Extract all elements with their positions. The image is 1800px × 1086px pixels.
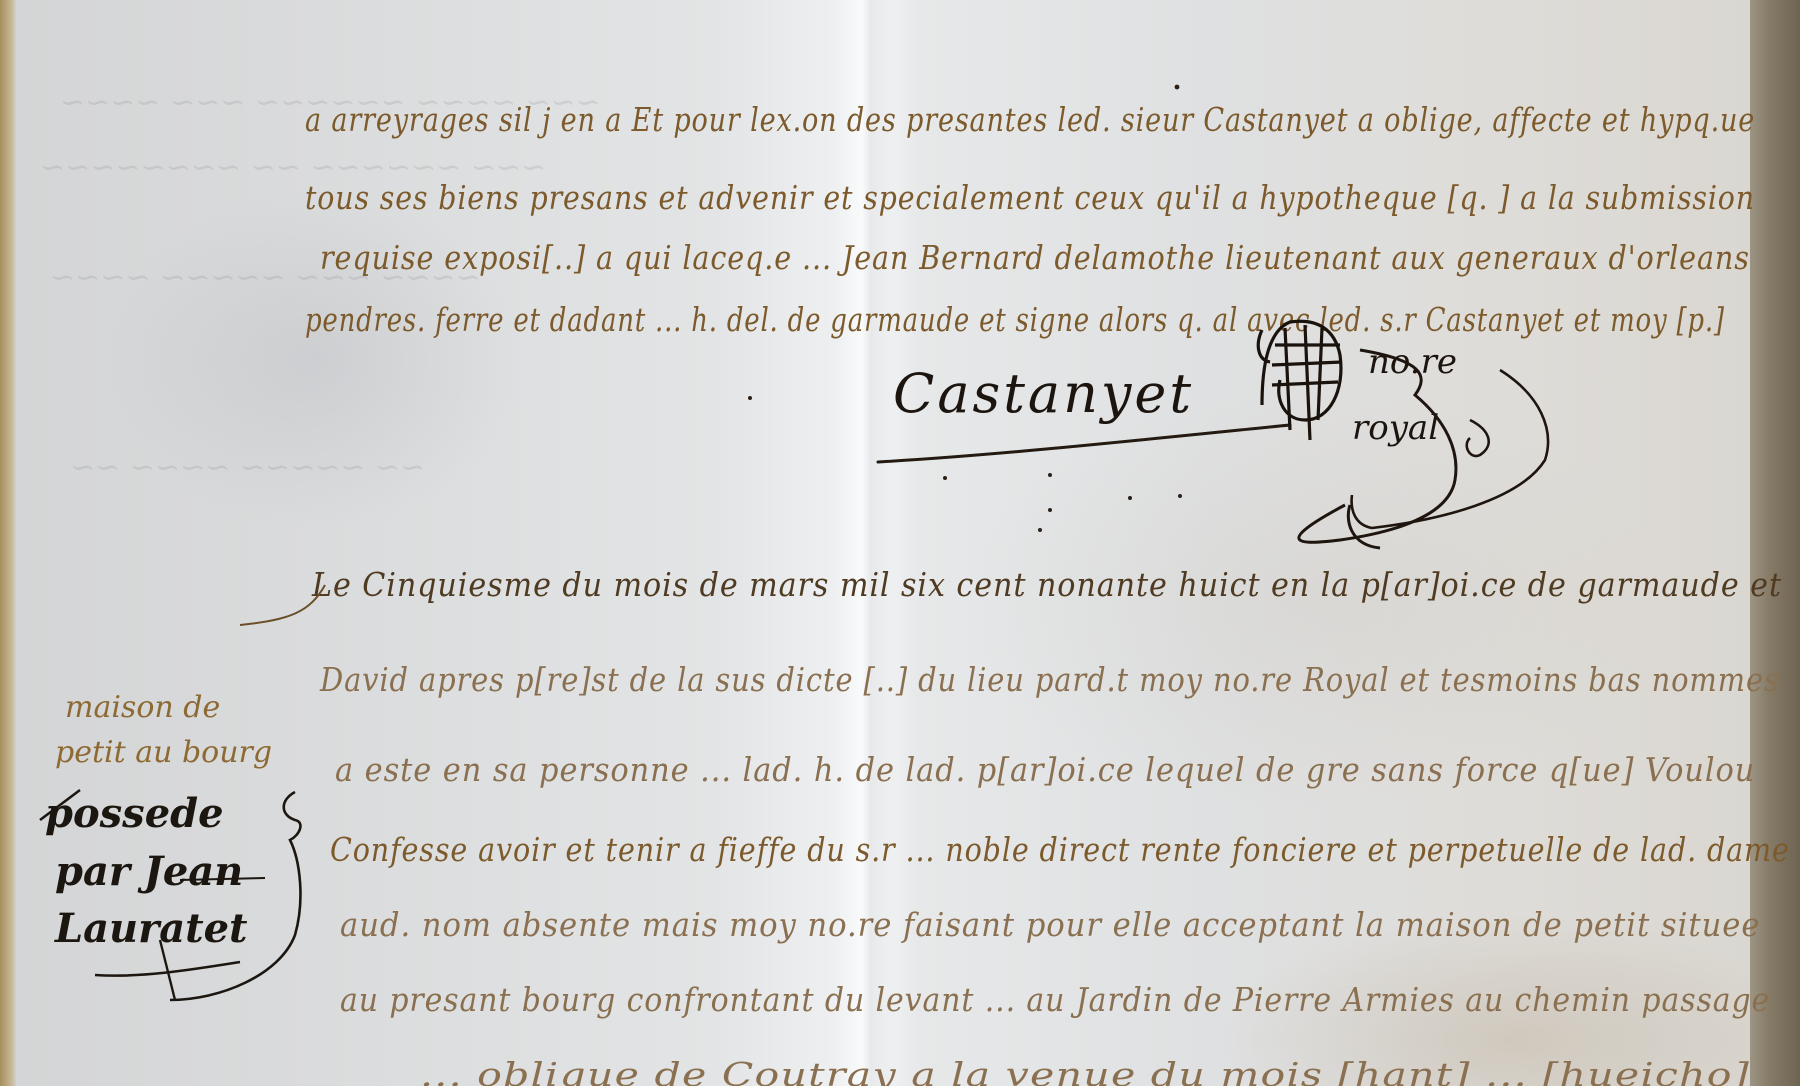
lead-in-stroke xyxy=(240,585,325,625)
document-photo: ~~~ ~~~~ ~~~~~~ ~~~ ~~~~ ~~~ ~~~~~~ ~~ ~… xyxy=(0,0,1800,1086)
ink-dots xyxy=(748,85,1182,532)
paraph-icon xyxy=(1258,321,1342,440)
signature-underline xyxy=(878,425,1290,462)
ink-strokes xyxy=(0,0,1800,1086)
